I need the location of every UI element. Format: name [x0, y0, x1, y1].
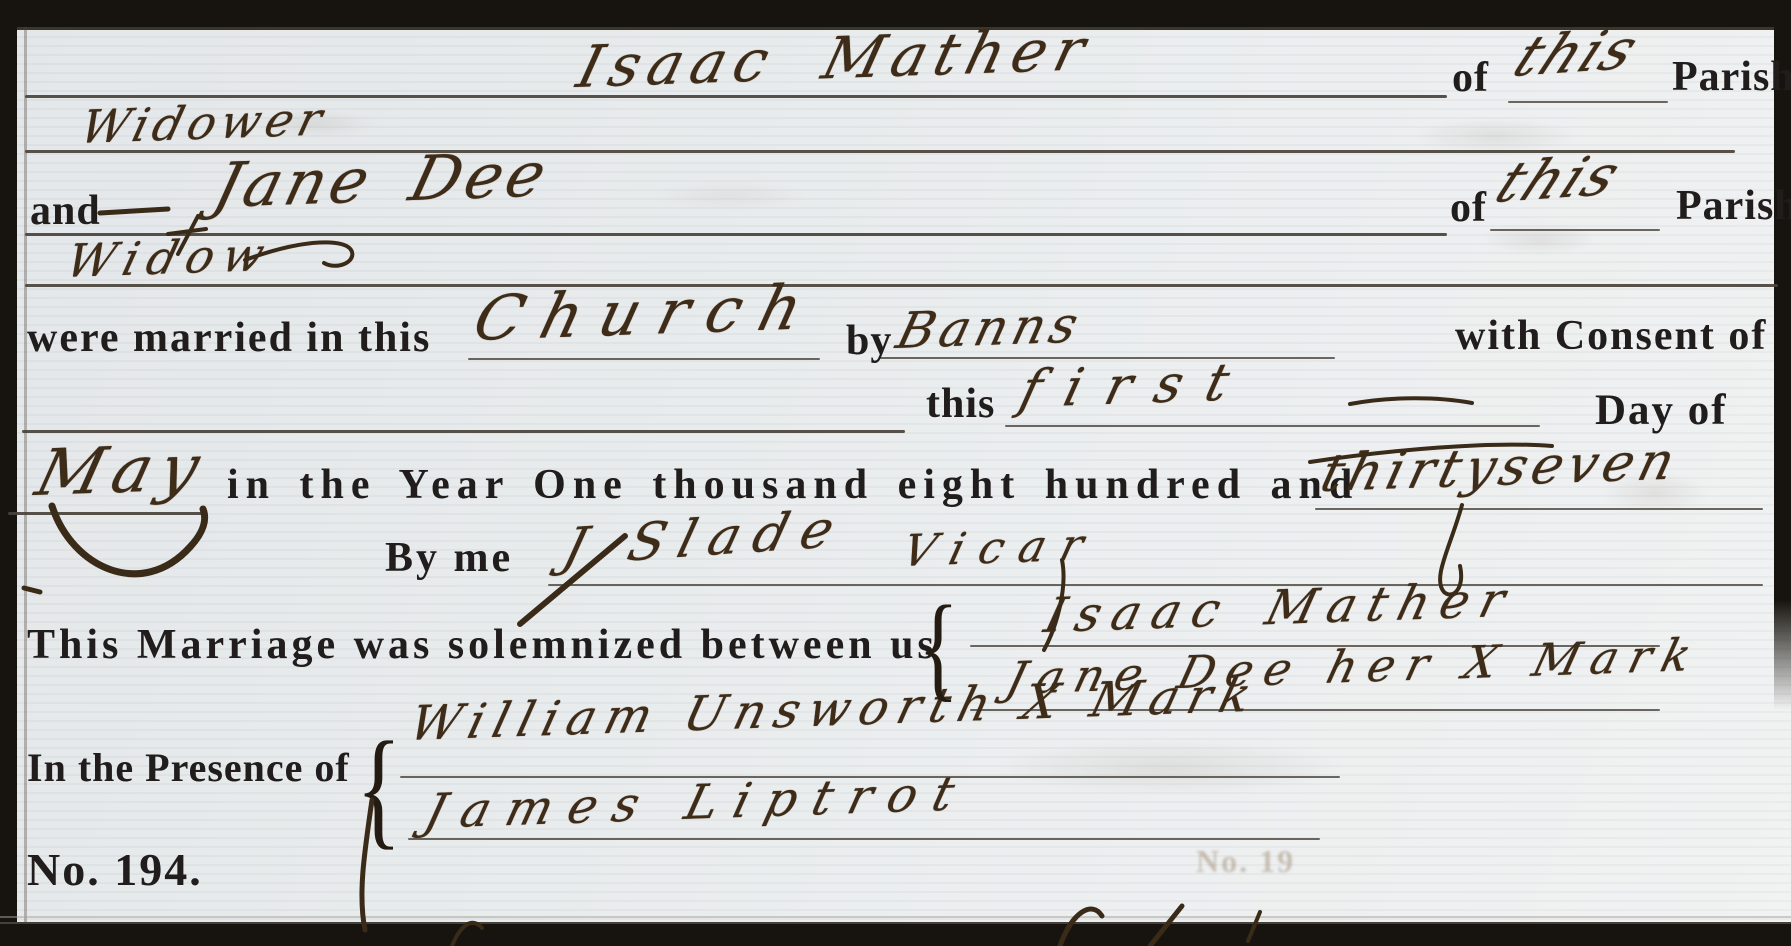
solemnized-brace: {: [918, 588, 959, 706]
bride-parish-fill-handwriting: this: [1487, 148, 1630, 212]
groom-parish-fill-handwriting: this: [1505, 22, 1648, 86]
groom-condition-handwriting: Widower: [76, 96, 332, 150]
day-rule: [1005, 425, 1540, 427]
place-rule: [468, 358, 820, 360]
method-handwriting: Banns: [892, 300, 1088, 356]
solemnized-label: This Marriage was solemnized between us: [27, 624, 938, 666]
witness1-signature-handwriting: William Unsworth X Mark: [405, 671, 1265, 748]
bride-name-handwriting: Jane Dee: [208, 144, 556, 217]
by-label: by: [846, 320, 892, 362]
ink-bleed-smudge: [930, 730, 1410, 805]
bride-condition-rule: [25, 284, 1778, 287]
consent-label: with Consent of: [1455, 315, 1767, 357]
first-dash-stroke: [1350, 398, 1472, 404]
bride-parish-rule: [1490, 229, 1660, 231]
and-dash-stroke: [100, 209, 168, 213]
groom-parish-rule: [1508, 101, 1668, 103]
left-inner-rule: [24, 27, 27, 946]
witness2-signature-handwriting: James Liptrot: [420, 769, 975, 836]
bottom-shadow-line: [0, 916, 1791, 918]
dayof-label: Day of: [1595, 389, 1728, 432]
left-border-bar: [0, 0, 17, 946]
and-label: and: [30, 190, 101, 232]
byme-label: By me: [385, 537, 513, 579]
day-value-handwriting: first: [1015, 356, 1259, 416]
bride-parish-label: Parish: [1676, 185, 1791, 227]
bride-of-label: of: [1450, 187, 1487, 229]
groom-parish-label: Parish: [1672, 56, 1791, 98]
entry-number: No. 194.: [27, 847, 203, 893]
witness2-rule: [408, 838, 1320, 840]
bottom-border-bar: [0, 922, 1791, 946]
month-rule: [8, 512, 206, 515]
bride-condition-handwriting: Widow: [62, 231, 278, 284]
right-border-bar: [1774, 0, 1791, 710]
ghost-bleedthrough-text: No. 19: [1196, 843, 1295, 880]
year-rule: [1315, 508, 1763, 510]
officiant-title-handwriting: Vicar: [898, 523, 1103, 574]
officiant-signature-handwriting: J Slade: [558, 503, 853, 574]
groom-of-label: of: [1452, 57, 1489, 99]
groom-name-handwriting: Isaac Mather: [572, 20, 1099, 96]
groom-signature-handwriting: Isaac Mather: [1040, 576, 1521, 640]
marriage-register-entry: of Parish and of Parish were married in …: [0, 0, 1791, 946]
presence-label: In the Presence of: [27, 748, 350, 788]
year-prefix-label: in the Year One thousand eight hundred a…: [227, 464, 1359, 506]
ink-bleed-smudge: [620, 175, 840, 217]
may-tail-flourish: [52, 506, 205, 574]
month-handwriting: May: [30, 436, 215, 506]
witness-brace: {: [356, 722, 402, 854]
year-value-handwriting: thirtyseven: [1316, 436, 1685, 500]
married-prefix-label: were married in this: [27, 317, 431, 359]
place-handwriting: Church: [468, 276, 826, 350]
day-this-label: this: [926, 383, 995, 425]
